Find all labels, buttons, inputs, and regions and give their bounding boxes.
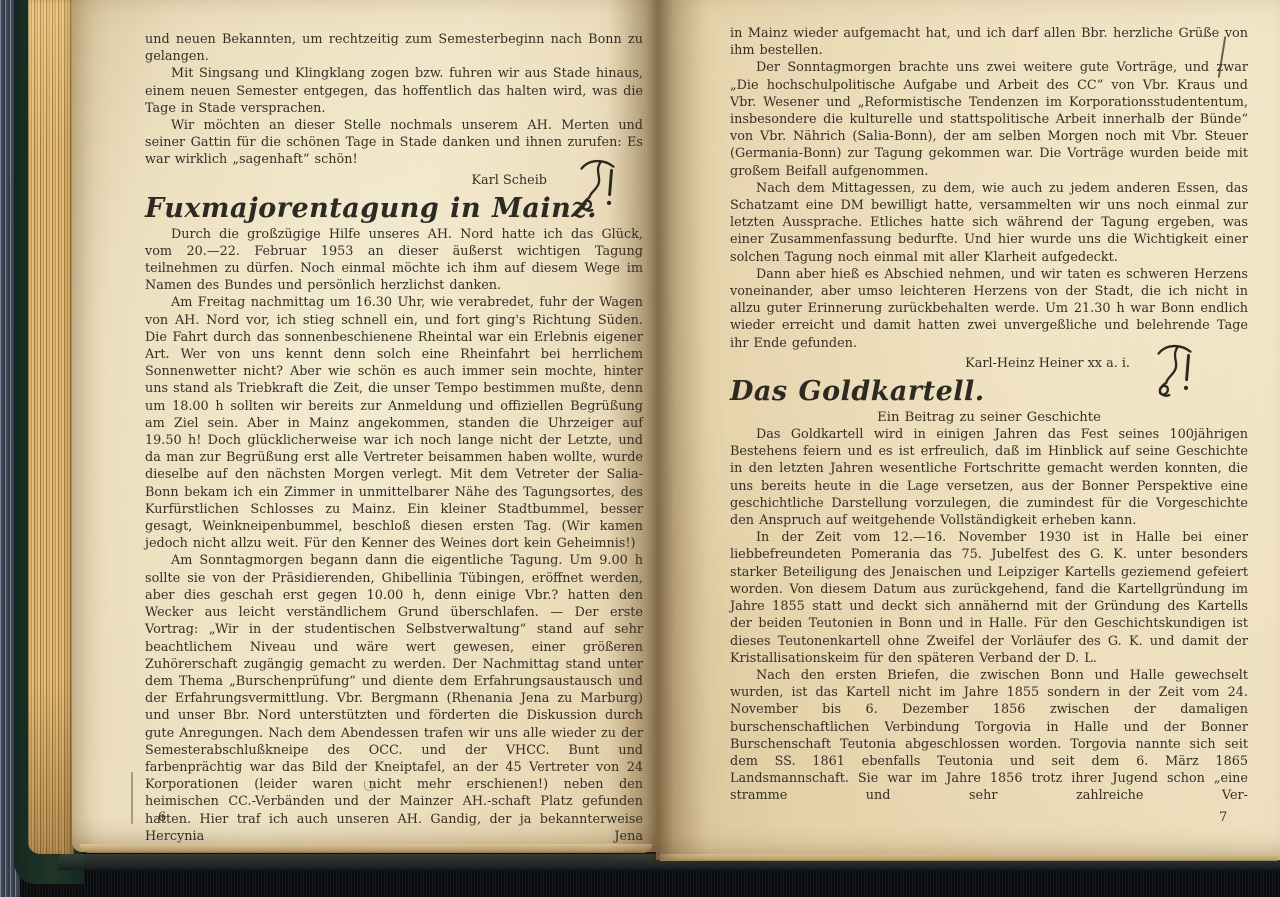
zirkel-monogram-icon [577, 156, 619, 214]
paragraph: Nach den ersten Briefen, die zwischen Bo… [730, 667, 1248, 805]
right-page-text: in Mainz wieder aufgemacht hat, und ich … [730, 25, 1248, 805]
signature-row: Karl Scheib [145, 172, 643, 190]
paragraph: Wir möchten an dieser Stelle nochmals un… [145, 117, 643, 169]
right-page-bottom-edge [660, 854, 1278, 861]
zirkel-monogram-icon [1154, 341, 1196, 399]
paragraph: Mit Singsang und Klingklang zogen bzw. f… [145, 65, 643, 117]
pencil-caret-mark [364, 781, 374, 791]
paragraph: Das Goldkartell wird in einigen Jahren d… [730, 426, 1248, 529]
page-stack-fore-edge [28, 0, 74, 854]
paragraph: Dann aber hieß es Abschied nehmen, und w… [730, 266, 1248, 352]
pencil-margin-mark [131, 772, 133, 824]
section-subtitle: Ein Beitrag zu seiner Geschichte [730, 409, 1248, 426]
paragraph: und neuen Bekannten, um rechtzeitig zum … [145, 31, 643, 65]
paragraph: In der Zeit vom 12.—16. November 1930 is… [730, 529, 1248, 667]
left-page-text: und neuen Bekannten, um rechtzeitig zum … [145, 31, 643, 845]
paragraph: Nach dem Mittagessen, zu dem, wie auch z… [730, 180, 1248, 266]
book-scan: und neuen Bekannten, um rechtzeitig zum … [0, 0, 1280, 897]
paragraph: Der Sonntagmorgen brachte uns zwei weite… [730, 59, 1248, 179]
signature: Karl-Heinz Heiner xx a. i. [965, 355, 1248, 372]
signature-row: Karl-Heinz Heiner xx a. i. [730, 355, 1248, 373]
section-heading: Fuxmajorentagung in Mainz. [145, 192, 643, 226]
paragraph: Am Freitag nachmittag um 16.30 Uhr, wie … [145, 294, 643, 552]
paragraph: Durch die großzügige Hilfe unseres AH. N… [145, 226, 643, 295]
paragraph: Am Sonntagmorgen begann dann die eigentl… [145, 552, 643, 844]
page-number: 6 [158, 810, 166, 825]
paragraph: in Mainz wieder aufgemacht hat, und ich … [730, 25, 1248, 59]
page-number: 7 [1219, 810, 1227, 825]
left-page-bottom-edge [80, 844, 652, 853]
